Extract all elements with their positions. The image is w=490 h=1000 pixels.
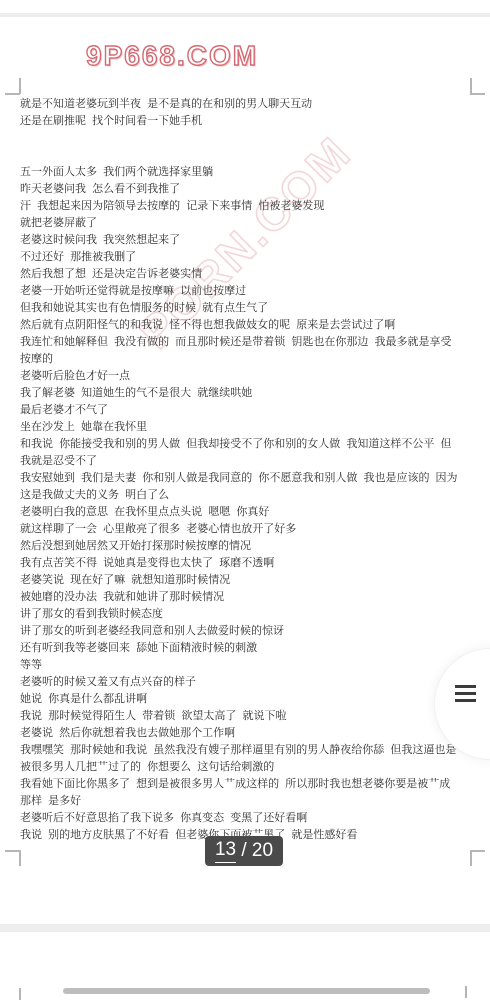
next-page-corner-mark-left [19, 988, 21, 1000]
page-corner-mark-bottom-left-v [19, 850, 21, 866]
document-text-line: 老婆说 然后你就想着我也去做她那个工作啊 [20, 725, 482, 742]
document-text-line: 按摩的 [20, 351, 482, 368]
document-text-line: 然后我想了想 还是决定告诉老婆实情 [20, 266, 482, 283]
document-text-line: 我说 那时候觉得陌生人 带着锁 欲望太高了 就说下啦 [20, 708, 482, 725]
document-text-line: 就是不知道老婆玩到半夜 是不是真的在和别的男人聊天互动 [20, 96, 482, 113]
page-corner-mark-top-left-h [5, 93, 20, 95]
document-text-line [20, 147, 482, 164]
page-corner-mark-top-left-v [19, 78, 21, 94]
document-text: 就是不知道老婆玩到半夜 是不是真的在和别的男人聊天互动还是在刷推呢 找个时间看一… [20, 96, 482, 844]
document-text-line: 但我和她说其实也有色情服务的时候 就有点生气了 [20, 300, 482, 317]
document-text-line: 和我说 你能接受我和别的男人做 但我却接受不了你和别的女人做 我知道这样不公平 … [20, 436, 482, 453]
document-text-line: 最后老婆才不气了 [20, 402, 482, 419]
document-text-line: 还有听到我等老婆回来 舔她下面精液时候的刺激 [20, 640, 482, 657]
document-text-line: 被她磨的没办法 我就和她讲了那时候情况 [20, 589, 482, 606]
page-indicator-badge[interactable]: 13 / 20 [205, 836, 283, 866]
document-text-line: 她说 你真是什么都乱讲啊 [20, 691, 482, 708]
document-text-line: 昨天老婆问我 怎么看不到我推了 [20, 181, 482, 198]
page-corner-mark-top-right-v [470, 78, 472, 94]
next-page-corner-mark-right [465, 986, 467, 998]
document-text-line: 这是我做丈夫的义务 明白了么 [20, 487, 482, 504]
document-text-line: 然后没想到她居然又开始打探那时候按摩的情况 [20, 538, 482, 555]
current-page-number: 13 [215, 839, 236, 863]
document-text-line: 就把老婆屏蔽了 [20, 215, 482, 232]
document-text-line: 被很多男人几把艹过了的 你想要么 这句话给刺激的 [20, 759, 482, 776]
document-text-line: 我了解老婆 知道她生的气不是很大 就继续哄她 [20, 385, 482, 402]
document-text-line [20, 130, 482, 147]
page-corner-mark-bottom-left-h [5, 850, 20, 852]
page-gap-top-divider [0, 13, 490, 17]
document-text-line: 汗 我想起来因为陪领导去按摩的 记录下来事情 怕被老婆发现 [20, 198, 482, 215]
document-text-line: 我就是忍受不了 [20, 453, 482, 470]
document-text-line: 坐在沙发上 她靠在我怀里 [20, 419, 482, 436]
page-corner-mark-bottom-right-v [470, 850, 472, 866]
document-text-line: 还是在刷推呢 找个时间看一下她手机 [20, 113, 482, 130]
page-corner-mark-top-right-h [470, 93, 485, 95]
page-gap-bottom-divider [0, 924, 490, 932]
site-watermark-text: 9P668.COM [86, 40, 258, 72]
document-text-line: 那样 是多好 [20, 793, 482, 810]
document-text-line: 老婆听后不好意思掐了我下说多 你真变态 变黑了还好看啊 [20, 810, 482, 827]
document-text-line: 我连忙和她解释但 我没有做的 而且那时候还是带着锁 钥匙也在你那边 我最多就是享… [20, 334, 482, 351]
document-text-line: 我看她下面比你黑多了 想到是被很多男人艹成这样的 所以那时我也想老婆你要是被艹成 [20, 776, 482, 793]
page-separator: / [236, 840, 252, 862]
document-text-line: 老婆一开始听还觉得就是按摩嘛 以前也按摩过 [20, 283, 482, 300]
document-text-line: 老婆听的时候又羞又有点兴奋的样子 [20, 674, 482, 691]
hamburger-menu-icon [455, 685, 476, 703]
document-text-line: 不过还好 那推被我删了 [20, 249, 482, 266]
document-text-line: 等等 [20, 657, 482, 674]
document-text-line: 五一外面人太多 我们两个就选择家里躺 [20, 164, 482, 181]
document-text-line: 就这样聊了一会 心里敞亮了很多 老婆心情也放开了好多 [20, 521, 482, 538]
document-text-line: 老婆这时候问我 我突然想起来了 [20, 232, 482, 249]
document-text-line: 我嘿嘿笑 那时候她和我说 虽然我没有嫂子那样逼里有别的男人静夜给你舔 但我这逼也… [20, 742, 482, 759]
total-page-count: 20 [252, 840, 273, 862]
document-text-line: 老婆听后脸色才好一点 [20, 368, 482, 385]
page-corner-mark-bottom-right-h [470, 850, 485, 852]
reader-screen: 9P668.COM PORN.COM 就是不知道老婆玩到半夜 是不是真的在和别的… [0, 0, 490, 1000]
document-text-line: 我有点苦笑不得 说她真是变得也太快了 琢磨不透啊 [20, 555, 482, 572]
document-text-line: 讲了那女的听到老婆经我同意和别人去做爱时候的惊讶 [20, 623, 482, 640]
progress-bar[interactable] [63, 988, 430, 994]
document-text-line: 老婆笑说 现在好了嘛 就想知道那时候情况 [20, 572, 482, 589]
document-text-line: 讲了那女的看到我锁时候态度 [20, 606, 482, 623]
document-text-line: 我安慰她到 我们是夫妻 你和别人做是我同意的 你不愿意我和别人做 我也是应该的 … [20, 470, 482, 487]
document-text-line: 然后就有点阴阳怪气的和我说 怪不得也想我做妓女的呢 原来是去尝试过了啊 [20, 317, 482, 334]
document-text-line: 老婆明白我的意思 在我怀里点点头说 嗯嗯 你真好 [20, 504, 482, 521]
